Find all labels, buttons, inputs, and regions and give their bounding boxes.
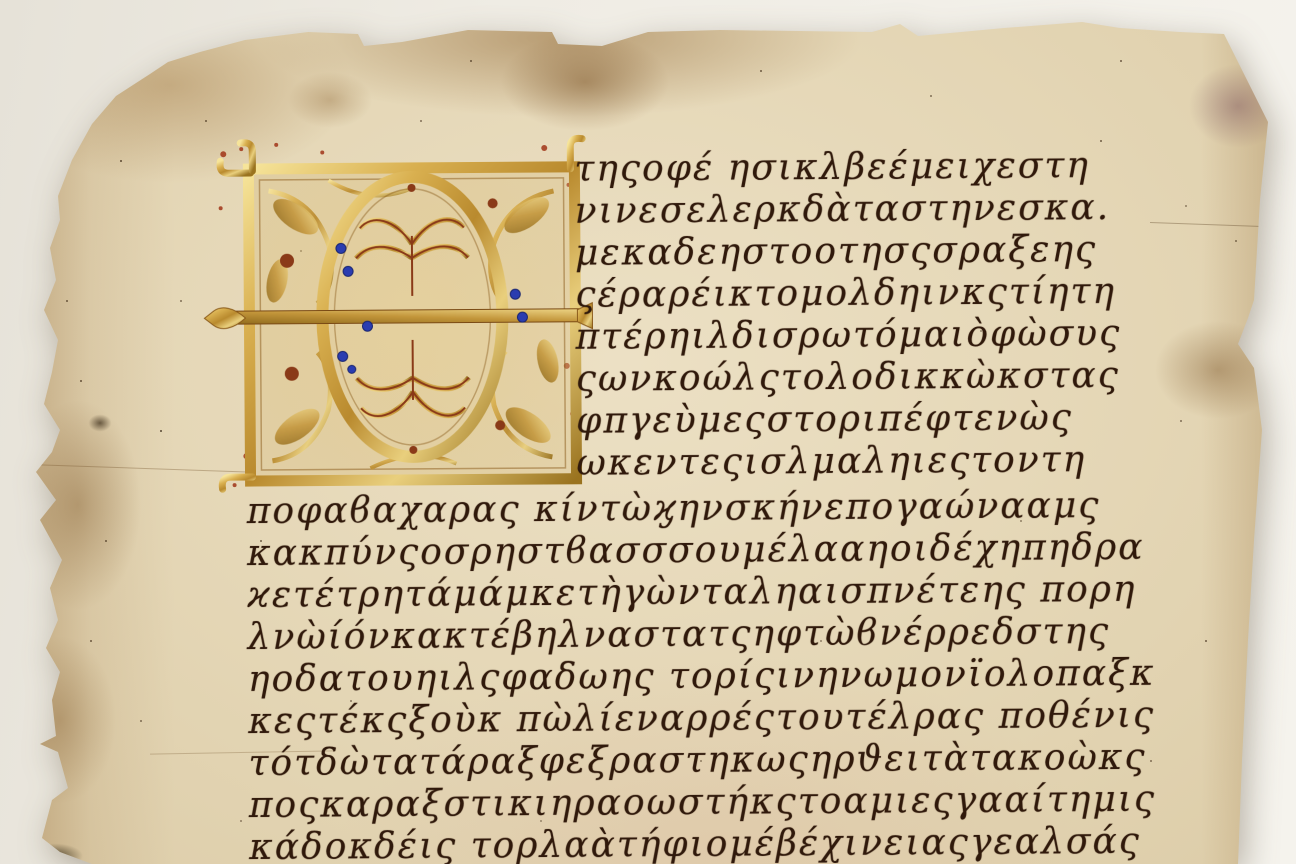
parchment-page-wrap: τηςοφέ ησικλβεέμειχεστη νινεσελερκδὰταστ… [0, 0, 1296, 864]
text-line: τότδὼτατάραξφεξραστηκωςηρϑειτὰτακοὼκς [248, 737, 1156, 785]
text-line: κεςτέκςξοὺκ πὼλίεναρρέςτουτέλρας ποθένις [248, 695, 1156, 743]
text-line: μεκαδεηστοοτησςσραξεης [575, 229, 1121, 275]
text-line: τηςοφέ ησικλβεέμειχεστη [574, 145, 1120, 191]
text-line: ςωνκοώλςτολοδικκὼκστας [576, 355, 1122, 401]
text-line: ηοδατουηιλςφαδωης τορίςινηνωμονϊολοπαξκ [248, 653, 1156, 701]
text-line: ςέραρέικτομολδηινκςτίητη [575, 271, 1121, 317]
text-line: κάδοκδέις τορλαὰτήφιομέβέχινειαςγεαλσάς [249, 821, 1157, 864]
initial-crossbar [213, 309, 587, 325]
text-line: ϰετέτρητάμάμκετὴγὼνταληαισπνέτεης πορη [247, 569, 1155, 617]
text-line: νινεσελερκδὰταστηνεσκα. [575, 187, 1121, 233]
text-column-beside-initial: τηςοφέ ησικλβεέμειχεστη νινεσελερκδὰταστ… [574, 145, 1122, 485]
text-line: κακπύνςοσρηστϐασσσουμέλααηοιδέχηπηδρα [247, 527, 1155, 575]
text-line: ποφαϐαχαρας κίντὼϗηνσκήνεπογαώνααμς [247, 485, 1155, 533]
illuminated-initial-theta [198, 129, 596, 502]
text-line: φπγεὺμεςστοριπέφτενὼς [576, 397, 1122, 443]
manuscript-photo: τηςοφέ ησικλβεέμειχεστη νινεσελερκδὰταστ… [0, 0, 1296, 864]
page-content: τηςοφέ ησικλβεέμειχεστη νινεσελερκδὰταστ… [0, 0, 1296, 864]
text-line: ποςκαραξστικιηραοωστήκςτοαμιεςγααίτημις [249, 779, 1157, 827]
text-block-full-width: ποφαϐαχαρας κίντὼϗηνσκήνεπογαώνααμς κακπ… [247, 485, 1157, 864]
text-line: ωκεντεςισλμαληιεςτοντη [576, 439, 1122, 485]
text-line: πτέρηιλδισρωτόμαιὸφὼσυς [575, 313, 1121, 359]
parchment-speckles [0, 0, 2, 2]
text-line: λνὼίόνκακτέβηλναστατςηφτὼϐνέρρεδστης [248, 611, 1156, 659]
parchment-page: τηςοφέ ησικλβεέμειχεστη νινεσελερκδὰταστ… [0, 0, 1296, 864]
